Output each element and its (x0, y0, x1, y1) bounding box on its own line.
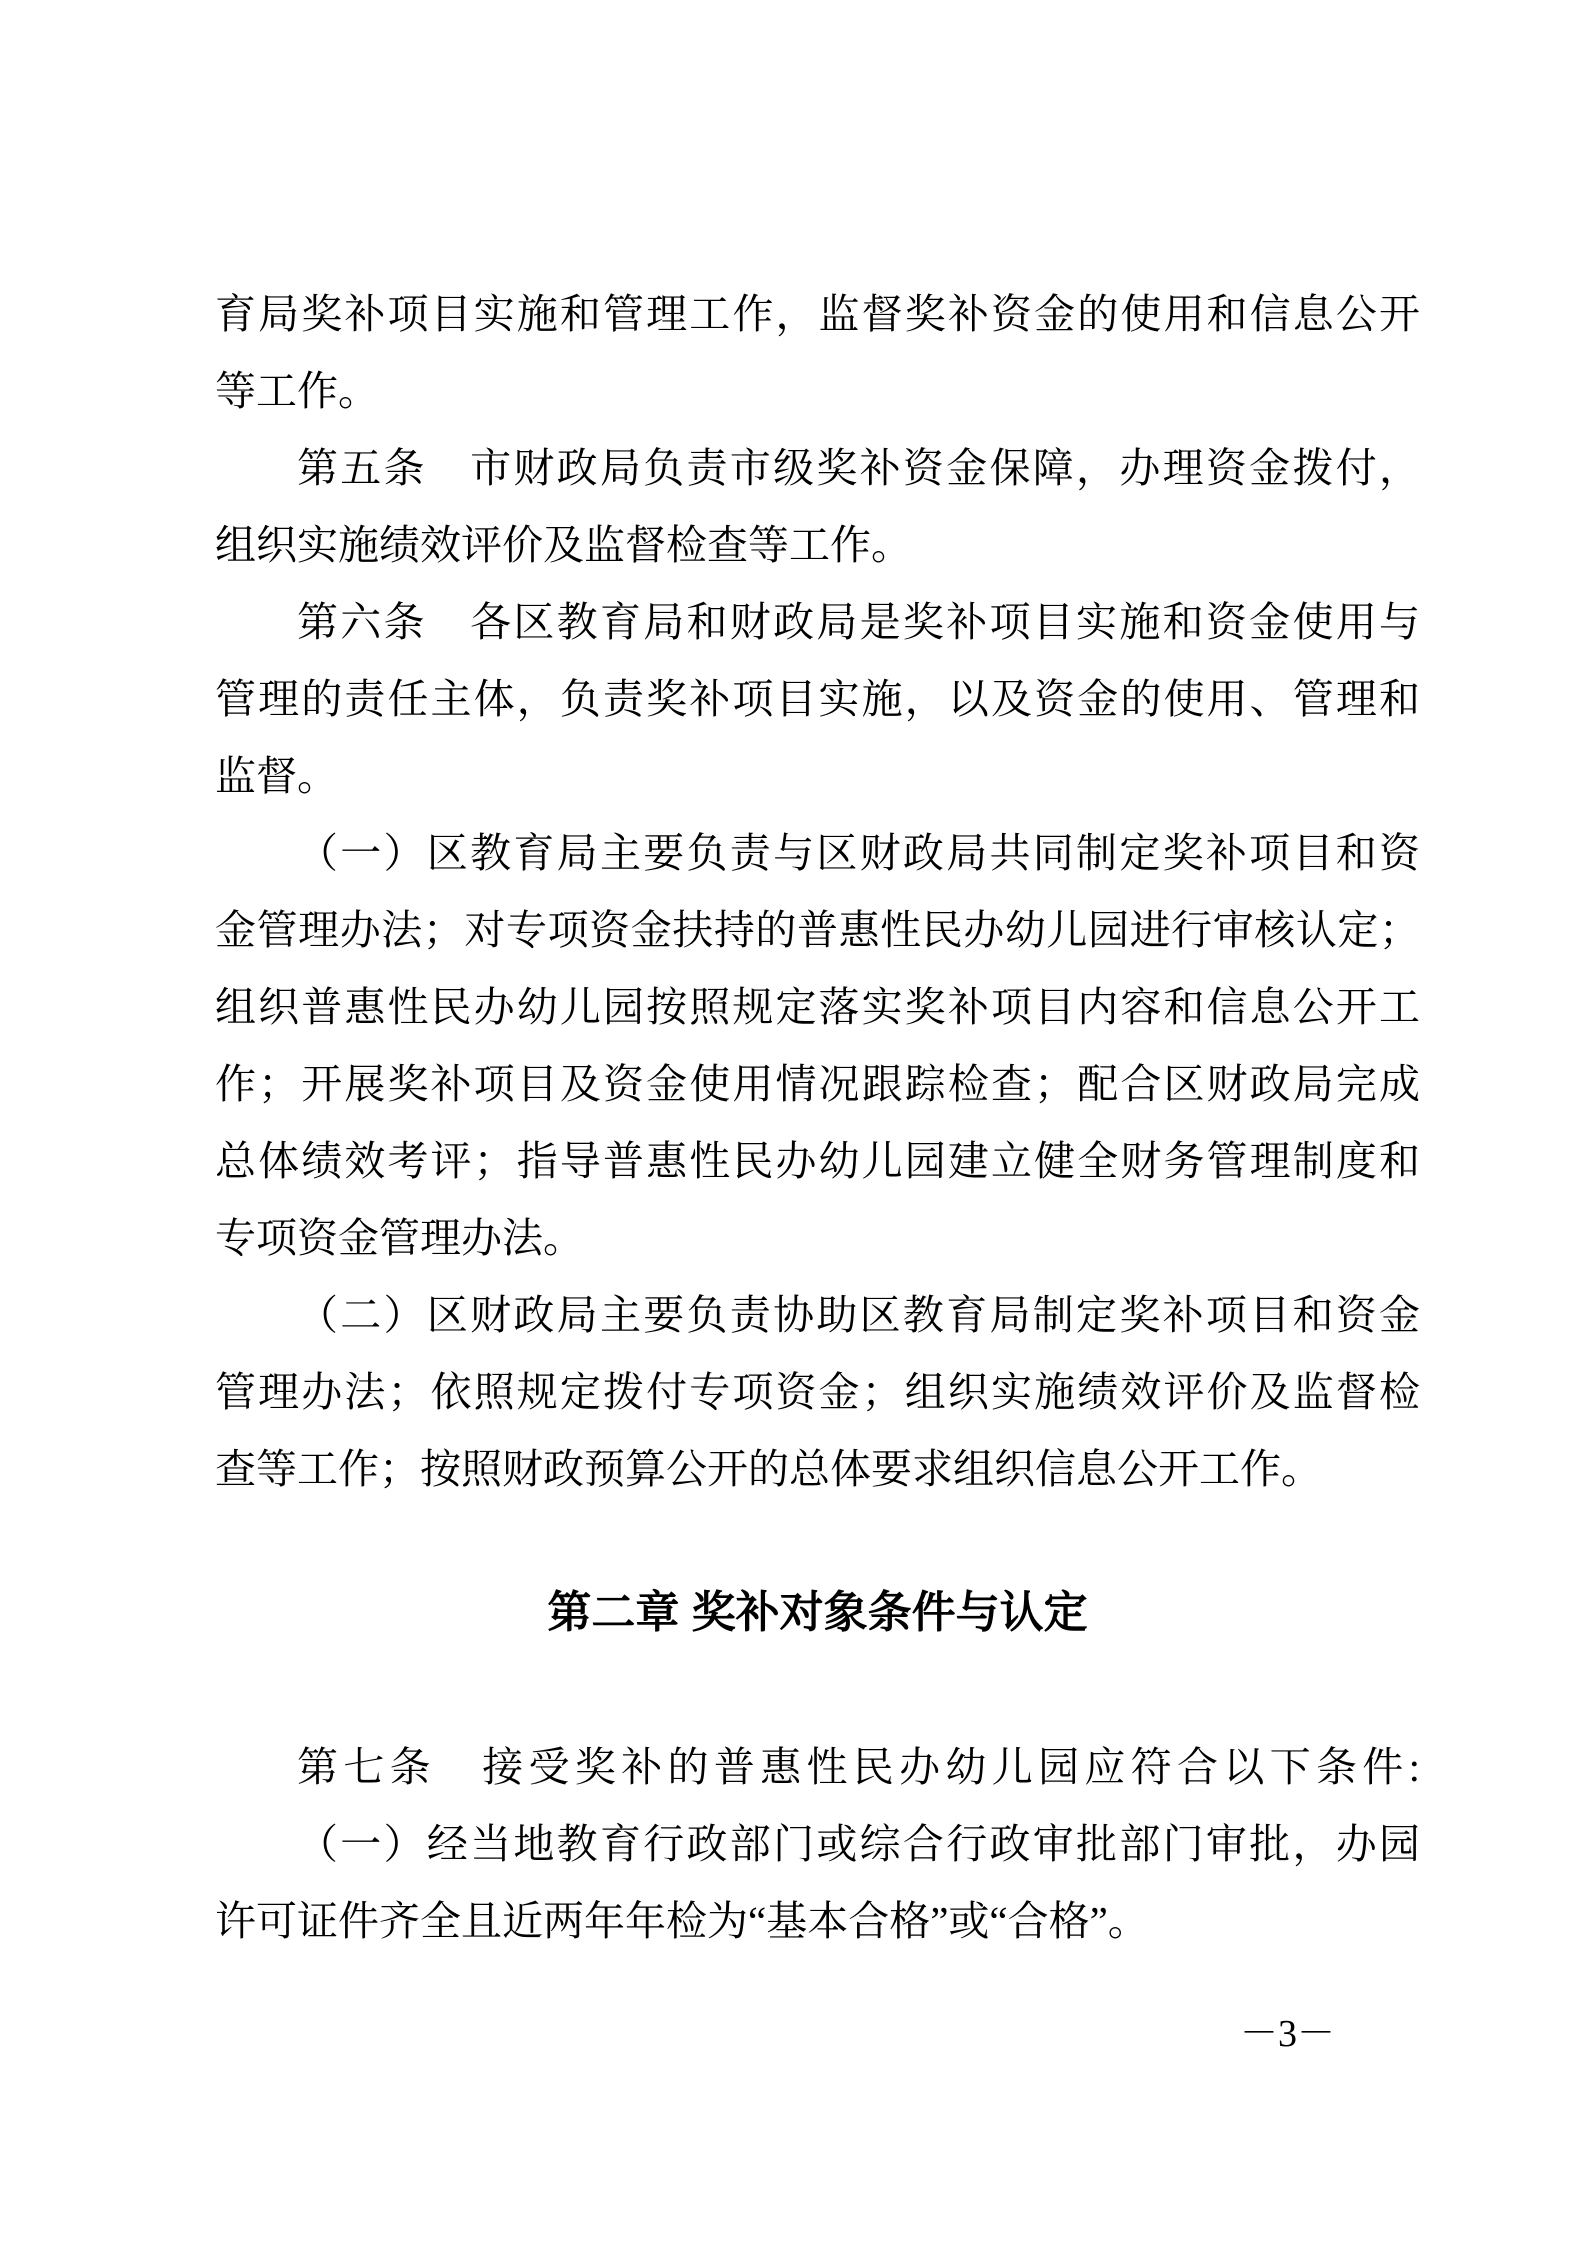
body-line: 育局奖补项目实施和管理工作，监督奖补资金的使用和信息公开 (215, 276, 1420, 353)
body-line: 等工作。 (215, 353, 1420, 430)
page-number: －3－ (1240, 2012, 1335, 2056)
body-line-item-2: （二）区财政局主要负责协助区教育局制定奖补项目和资金 (215, 1277, 1420, 1354)
body-line: 管理的责任主体，负责奖补项目实施，以及资金的使用、管理和 (215, 661, 1420, 738)
body-line-item-1: （一）经当地教育行政部门或综合行政审批部门审批，办园 (215, 1806, 1420, 1883)
body-line: 金管理办法；对专项资金扶持的普惠性民办幼儿园进行审核认定； (215, 892, 1420, 969)
body-line: 查等工作；按照财政预算公开的总体要求组织信息公开工作。 (215, 1431, 1420, 1508)
body-line: 管理办法；依照规定拨付专项资金；组织实施绩效评价及监督检 (215, 1354, 1420, 1431)
body-line-article-5: 第五条 市财政局负责市级奖补资金保障，办理资金拨付， (215, 430, 1420, 507)
body-line-article-6: 第六条 各区教育局和财政局是奖补项目实施和资金使用与 (215, 584, 1420, 661)
body-line: 专项资金管理办法。 (215, 1200, 1420, 1277)
document-page: 育局奖补项目实施和管理工作，监督奖补资金的使用和信息公开 等工作。 第五条 市财… (0, 0, 1587, 2245)
body-line: 总体绩效考评；指导普惠性民办幼儿园建立健全财务管理制度和 (215, 1123, 1420, 1200)
body-line: 作；开展奖补项目及资金使用情况跟踪检查；配合区财政局完成 (215, 1046, 1420, 1123)
chapter-heading: 第二章 奖补对象条件与认定 (215, 1574, 1420, 1651)
body-line-article-7: 第七条 接受奖补的普惠性民办幼儿园应符合以下条件: (215, 1729, 1420, 1806)
body-line-item-1: （一）区教育局主要负责与区财政局共同制定奖补项目和资 (215, 815, 1420, 892)
body-line: 组织普惠性民办幼儿园按照规定落实奖补项目内容和信息公开工 (215, 969, 1420, 1046)
body-line: 许可证件齐全且近两年年检为“基本合格”或“合格”。 (215, 1883, 1420, 1960)
document-body: 育局奖补项目实施和管理工作，监督奖补资金的使用和信息公开 等工作。 第五条 市财… (215, 276, 1420, 1960)
body-line: 监督。 (215, 738, 1420, 815)
body-line: 组织实施绩效评价及监督检查等工作。 (215, 507, 1420, 584)
